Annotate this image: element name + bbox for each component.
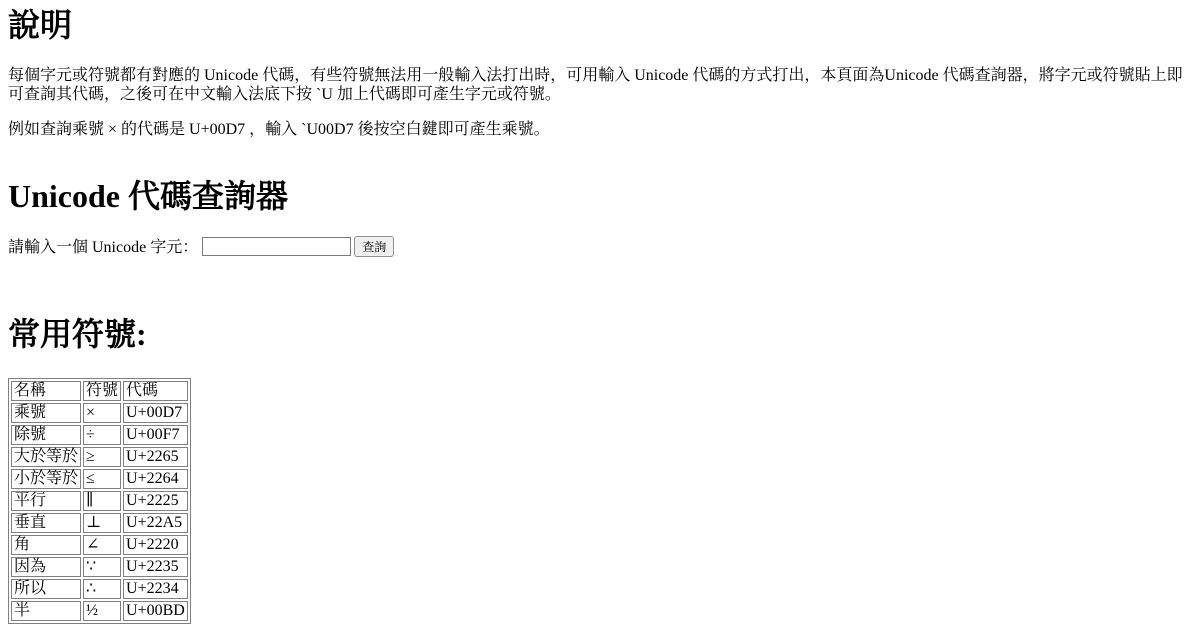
example-paragraph: 例如查詢乘號 × 的代碼是 U+00D7 ，輸入 `U00D7 後按空白鍵即可產…	[8, 120, 1192, 139]
lookup-form: 請輸入一個 Unicode 字元：查詢	[8, 236, 1192, 258]
explanation-paragraph: 每個字元或符號都有對應的 Unicode 代碼，有些符號無法用一般輸入法打出時，…	[8, 66, 1192, 104]
symbol-code-cell: U+2264	[123, 469, 188, 489]
symbol-name-cell: 半	[11, 601, 81, 621]
symbol-glyph-cell: ≤	[83, 469, 121, 489]
symbol-glyph-cell: ≥	[83, 447, 121, 467]
page: 說明 每個字元或符號都有對應的 Unicode 代碼，有些符號無法用一般輸入法打…	[8, 8, 1192, 624]
common-symbols-table: 名稱 符號 代碼 乘號 × U+00D7 除號 ÷ U+00F7 大於等於 ≥ …	[8, 378, 191, 624]
symbol-glyph-cell: ∥	[83, 491, 121, 511]
symbol-code-cell: U+2220	[123, 535, 188, 555]
symbol-name-cell: 小於等於	[11, 469, 81, 489]
symbol-code-cell: U+2225	[123, 491, 188, 511]
symbol-name-cell: 所以	[11, 579, 81, 599]
header-name: 名稱	[11, 381, 81, 401]
table-row: 小於等於 ≤ U+2264	[11, 469, 188, 489]
symbol-name-cell: 平行	[11, 491, 81, 511]
table-row: 大於等於 ≥ U+2265	[11, 447, 188, 467]
symbol-glyph-cell: ×	[83, 403, 121, 423]
symbol-glyph-cell: ∴	[83, 579, 121, 599]
symbol-name-cell: 大於等於	[11, 447, 81, 467]
symbol-name-cell: 角	[11, 535, 81, 555]
header-code: 代碼	[123, 381, 188, 401]
symbol-glyph-cell: ∵	[83, 557, 121, 577]
table-row: 平行 ∥ U+2225	[11, 491, 188, 511]
symbol-code-cell: U+2235	[123, 557, 188, 577]
symbol-name-cell: 乘號	[11, 403, 81, 423]
table-header-row: 名稱 符號 代碼	[11, 381, 188, 401]
symbol-name-cell: 因為	[11, 557, 81, 577]
table-row: 乘號 × U+00D7	[11, 403, 188, 423]
symbol-glyph-cell: ∠	[83, 535, 121, 555]
query-button[interactable]: 查詢	[354, 236, 394, 257]
table-row: 角 ∠ U+2220	[11, 535, 188, 555]
symbol-glyph-cell: ½	[83, 601, 121, 621]
table-row: 因為 ∵ U+2235	[11, 557, 188, 577]
explanation-heading: 說明	[8, 8, 1192, 44]
lookup-tool-heading: Unicode 代碼查詢器	[8, 179, 1192, 215]
table-row: 垂直 ⊥ U+22A5	[11, 513, 188, 533]
symbol-code-cell: U+00D7	[123, 403, 188, 423]
symbol-code-cell: U+00BD	[123, 601, 188, 621]
table-row: 除號 ÷ U+00F7	[11, 425, 188, 445]
table-row: 所以 ∴ U+2234	[11, 579, 188, 599]
unicode-character-input[interactable]	[202, 237, 351, 256]
symbol-code-cell: U+2265	[123, 447, 188, 467]
table-row: 半 ½ U+00BD	[11, 601, 188, 621]
header-symbol: 符號	[83, 381, 121, 401]
symbol-name-cell: 垂直	[11, 513, 81, 533]
symbol-code-cell: U+2234	[123, 579, 188, 599]
symbol-glyph-cell: ⊥	[83, 513, 121, 533]
symbol-code-cell: U+22A5	[123, 513, 188, 533]
symbol-name-cell: 除號	[11, 425, 81, 445]
symbol-code-cell: U+00F7	[123, 425, 188, 445]
character-input-label: 請輸入一個 Unicode 字元：	[8, 238, 198, 255]
common-symbols-heading: 常用符號:	[8, 317, 1192, 353]
symbol-glyph-cell: ÷	[83, 425, 121, 445]
